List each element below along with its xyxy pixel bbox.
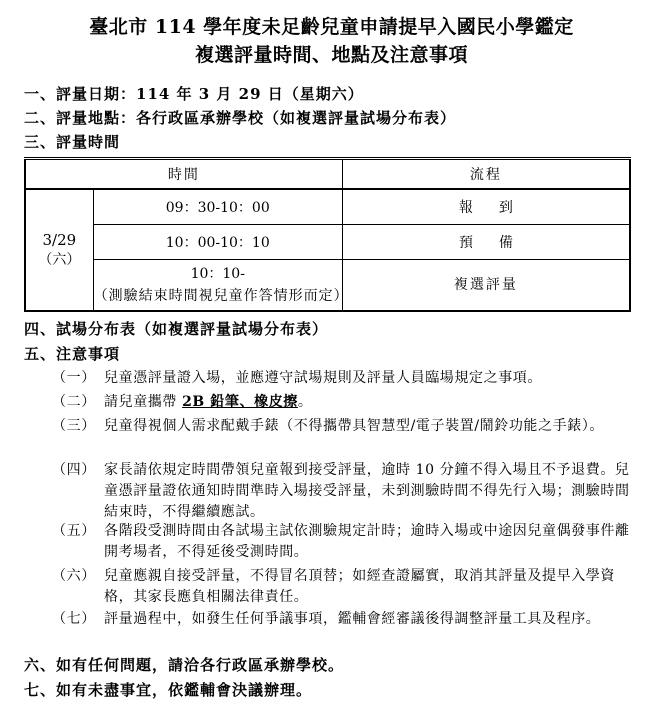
time-cell: 09：30-10：00 bbox=[93, 189, 342, 225]
schedule-table: 時間 流程 3/29 （六） 09：30-10：00 報到 10：00-10：1… bbox=[24, 157, 631, 312]
time-cell: 10：10- （測驗結束時間視兒童作答情形而定） bbox=[93, 260, 342, 312]
flow-cell: 報到 bbox=[342, 189, 630, 225]
table-row: 3/29 （六） 09：30-10：00 報到 bbox=[25, 189, 630, 225]
note-item: （七） 評量過程中，如發生任何爭議事項，鑑輔會經審議後得調整評量工具及程序。 bbox=[52, 609, 642, 630]
note-text-pre: 請兒童攜帶 bbox=[104, 394, 182, 410]
note-text: 各階段受測時間由各試場主試依測驗規定計時；逾時入場或中途因兒童偶發事件離開考場者… bbox=[104, 521, 642, 563]
document-title-line2: 複選評量時間、地點及注意事項 bbox=[0, 40, 663, 67]
note-text: 請兒童攜帶 2B 鉛筆、橡皮擦。 bbox=[104, 392, 642, 413]
note-text: 兒童應親自接受評量，不得冒名頂替；如經查證屬實，取消其評量及提早入學資格，其家長… bbox=[104, 566, 642, 608]
section-venue-list: 四、試場分布表（如複選評量試場分布表） bbox=[24, 318, 328, 339]
note-text-emphasis: 2B 鉛筆、橡皮擦 bbox=[182, 394, 298, 410]
date-weekday: （六） bbox=[26, 249, 93, 269]
note-item: （一） 兒童憑評量證入場，並應遵守試場規則及評量人員臨場規定之事項。 bbox=[52, 368, 642, 389]
flow-cell: 預備 bbox=[342, 225, 630, 260]
section-schedule-heading: 三、評量時間 bbox=[24, 131, 120, 152]
note-text: 兒童憑評量證入場，並應遵守試場規則及評量人員臨場規定之事項。 bbox=[104, 368, 642, 389]
note-item: （六） 兒童應親自接受評量，不得冒名頂替；如經查證屬實，取消其評量及提早入學資格… bbox=[52, 566, 642, 608]
section-notes-heading: 五、注意事項 bbox=[24, 343, 120, 364]
note-item: （四） 家長請依規定時間帶領兒童報到接受評量，逾時 10 分鐘不得入場且不予退費… bbox=[52, 460, 642, 523]
note-number: （二） bbox=[52, 392, 96, 413]
section-location: 二、評量地點：各行政區承辦學校（如複選評量試場分布表） bbox=[24, 107, 456, 128]
section-contact: 六、如有任何問題，請洽各行政區承辦學校。 bbox=[24, 654, 344, 675]
note-number: （三） bbox=[52, 416, 96, 437]
note-text-post: 。 bbox=[298, 394, 313, 410]
table-header-row: 時間 流程 bbox=[25, 159, 630, 190]
note-item: （三） 兒童得視個人需求配戴手錶（不得攜帶具智慧型/電子裝置/鬧鈴功能之手錶）。 bbox=[52, 416, 642, 437]
time-value: 10：10- bbox=[94, 263, 342, 285]
time-note: （測驗結束時間視兒童作答情形而定） bbox=[94, 285, 342, 307]
section-other: 七、如有未盡事宜，依鑑輔會決議辦理。 bbox=[24, 679, 312, 700]
note-number: （六） bbox=[52, 566, 96, 587]
note-item: （五） 各階段受測時間由各試場主試依測驗規定計時；逾時入場或中途因兒童偶發事件離… bbox=[52, 521, 642, 563]
note-text: 評量過程中，如發生任何爭議事項，鑑輔會經審議後得調整評量工具及程序。 bbox=[104, 609, 642, 630]
note-text: 兒童得視個人需求配戴手錶（不得攜帶具智慧型/電子裝置/鬧鈴功能之手錶）。 bbox=[104, 416, 642, 437]
table-row: 10：10- （測驗結束時間視兒童作答情形而定） 複選評量 bbox=[25, 260, 630, 312]
note-number: （五） bbox=[52, 521, 96, 542]
section-date: 一、評量日期：114 年 3 月 29 日（星期六） bbox=[24, 83, 364, 104]
flow-cell: 複選評量 bbox=[342, 260, 630, 312]
date-value: 3/29 bbox=[26, 231, 93, 249]
document-title-line1: 臺北市 114 學年度未足齡兒童申請提早入國民小學鑑定 bbox=[0, 12, 663, 39]
header-time: 時間 bbox=[25, 159, 342, 190]
time-cell: 10：00-10：10 bbox=[93, 225, 342, 260]
date-cell: 3/29 （六） bbox=[25, 189, 93, 311]
note-number: （一） bbox=[52, 368, 96, 389]
table-row: 10：00-10：10 預備 bbox=[25, 225, 630, 260]
header-flow: 流程 bbox=[342, 159, 630, 190]
note-text: 家長請依規定時間帶領兒童報到接受評量，逾時 10 分鐘不得入場且不予退費。兒童憑… bbox=[104, 460, 642, 523]
note-number: （七） bbox=[52, 609, 96, 630]
note-item: （二） 請兒童攜帶 2B 鉛筆、橡皮擦。 bbox=[52, 392, 642, 413]
note-number: （四） bbox=[52, 460, 96, 481]
